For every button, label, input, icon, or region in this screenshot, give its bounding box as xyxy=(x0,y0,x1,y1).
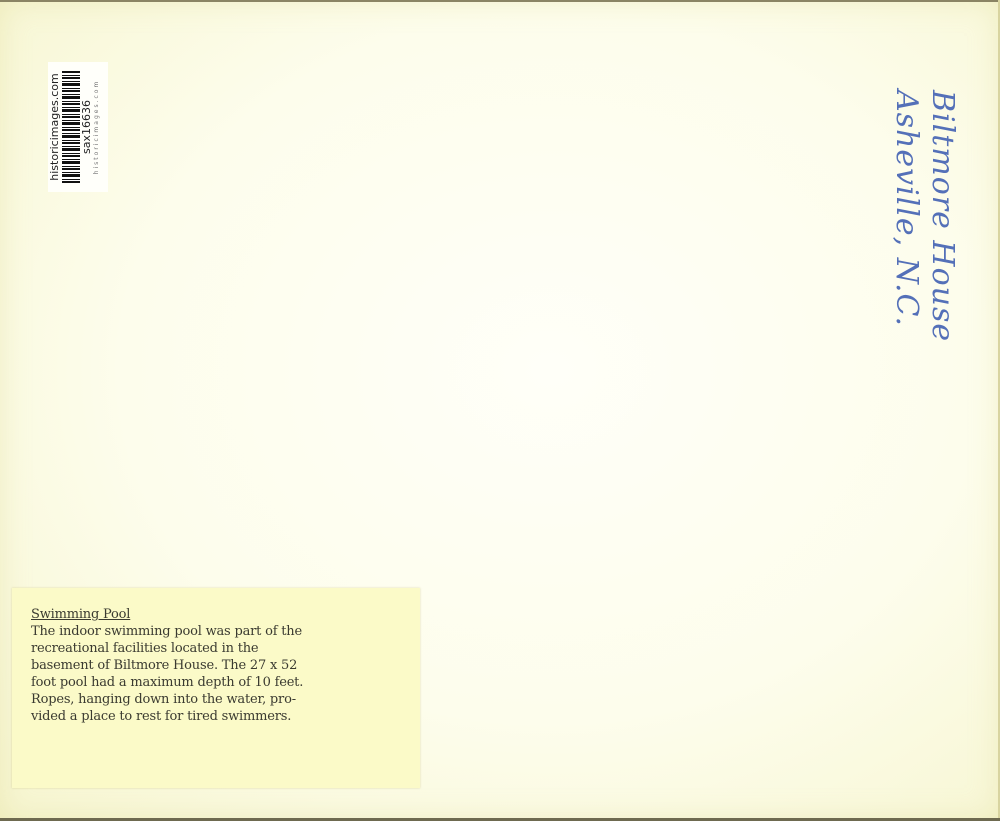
barcode-site: historicimages.com xyxy=(49,67,61,187)
barcode-sticker: historicimages.com sax16636 historicimag… xyxy=(48,62,108,192)
photo-back: historicimages.com sax16636 historicimag… xyxy=(0,0,1000,821)
caption-label: Swimming Pool The indoor swimming pool w… xyxy=(12,588,420,788)
handwritten-line: Biltmore House xyxy=(924,90,960,360)
top-edge xyxy=(0,0,1000,2)
caption-line: Ropes, hanging down into the water, pro- xyxy=(31,691,421,708)
caption-line: recreational facilities located in the xyxy=(31,640,421,657)
caption-line: basement of Biltmore House. The 27 x 52 xyxy=(31,657,421,674)
caption-line: vided a place to rest for tired swimmers… xyxy=(31,708,421,725)
barcode-footer: historicimages.com xyxy=(93,67,100,187)
handwritten-line: Asheville, N.C. xyxy=(888,90,924,360)
caption-line: foot pool had a maximum depth of 10 feet… xyxy=(31,674,421,691)
barcode-code: sax16636 xyxy=(81,67,93,187)
handwritten-note: Biltmore House Asheville, N.C. xyxy=(870,90,970,360)
caption-line: The indoor swimming pool was part of the xyxy=(31,623,421,640)
barcode-icon xyxy=(62,71,80,183)
caption-title: Swimming Pool xyxy=(31,606,421,623)
